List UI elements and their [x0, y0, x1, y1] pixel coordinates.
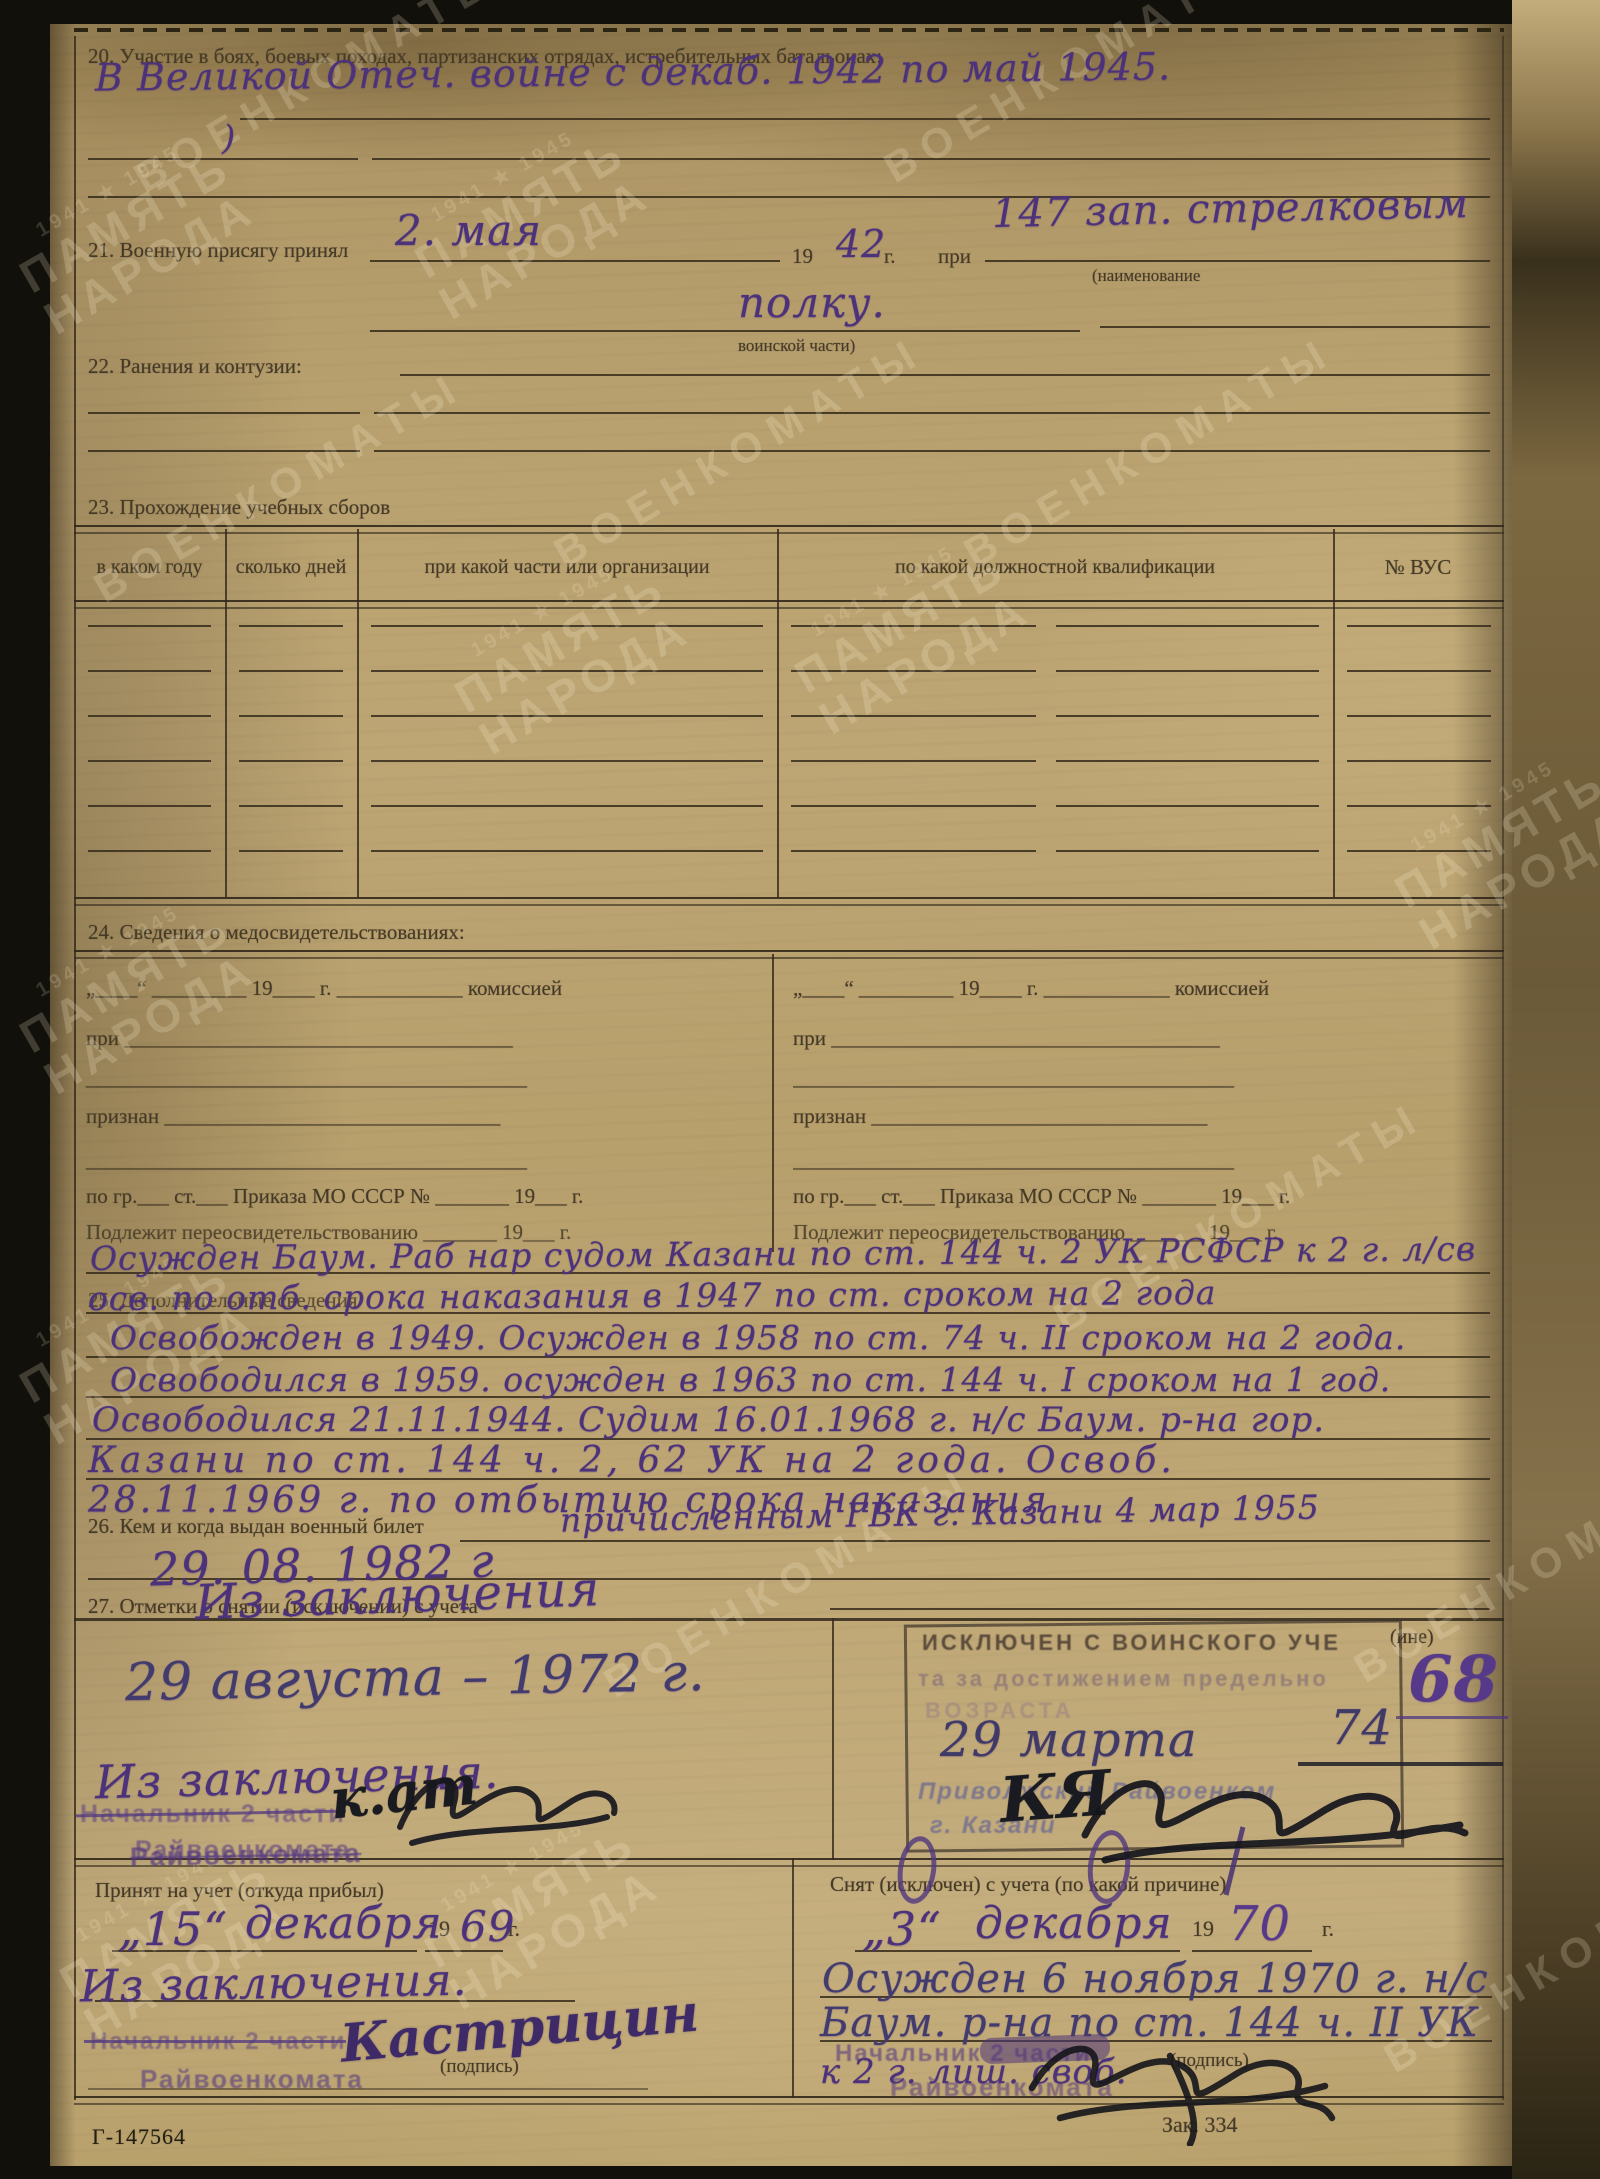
table-cell-blank-line [791, 760, 1036, 762]
blank-line [1100, 326, 1490, 328]
case-number-underline [1396, 1716, 1508, 1719]
table-header-unit: при какой части или организации [357, 538, 777, 596]
table-cell-blank-line [1056, 805, 1319, 807]
unit-name-handwriting-line2: полку. [738, 278, 886, 327]
top-perforated-edge [74, 28, 1504, 32]
blank-line [460, 1540, 1490, 1542]
table-cell-blank-line [88, 760, 211, 762]
table-cell-blank-line [239, 760, 343, 762]
section20-entry2-handwriting: ) [222, 118, 236, 158]
stamp-voenkomat-top: Райвоенкомата [130, 1838, 362, 1873]
scanned-military-card-page: ВОЕНКОМАТЫВОЕНКОМАТЫ1941 ★ 1945ПАМЯТЬНАР… [0, 0, 1600, 2179]
table-cell-blank-line [791, 715, 1036, 717]
section21-label: 21. Военную присягу принял [88, 238, 348, 263]
convictions-line4-handwriting: Освободился в 1959. осужден в 1963 по ст… [110, 1360, 1391, 1399]
convictions-line5-handwriting: Освободился 21.11.1944. Судим 16.01.1968… [92, 1400, 1325, 1440]
table-cell-blank-line [239, 805, 343, 807]
table-cell-blank-line [371, 760, 763, 762]
table-cell-blank-line [239, 715, 343, 717]
convictions-line2-handwriting: осв. по отб. срока наказания в 1947 по с… [88, 1273, 1217, 1318]
section24-divider [74, 950, 1504, 959]
year-prefix: 19 [792, 244, 813, 269]
med-left-at-row: при ____________________________________… [86, 1026, 513, 1051]
deregistered-year-suffix: г. [1322, 1916, 1334, 1942]
page-right-border [1502, 36, 1504, 2100]
med-right-blank-row: ________________________________________… [793, 1066, 1493, 1091]
med-right-blank-row2: ________________________________________… [793, 1148, 1493, 1173]
table-cell-blank-line [88, 715, 211, 717]
stamp-strike-line [84, 2040, 346, 2043]
table-cell-blank-line [1056, 715, 1319, 717]
section23-label: 23. Прохождение учебных сборов [88, 495, 390, 520]
blank-line [88, 158, 358, 160]
table-column-divider [225, 529, 227, 897]
blank-line [372, 158, 1490, 160]
deregistered-day-handwriting: „3“ [862, 1902, 942, 1956]
table-cell-blank-line [88, 805, 211, 807]
form-code: Г-147564 [92, 2124, 186, 2150]
removal-right-signature-flourish [1075, 1755, 1475, 1890]
table-cell-blank-line [239, 850, 343, 852]
med-right-order-row: по гр.___ ст.___ Приказа МО СССР № _____… [793, 1184, 1493, 1209]
removal-right-year-handwriting: 74 [1330, 1700, 1393, 1756]
blank-line [830, 1608, 1490, 1610]
stamp-voenkomat-line: Райвоенкомата [140, 2064, 364, 2095]
removal-left-signature-flourish [392, 1755, 622, 1860]
blank-line [374, 412, 1490, 414]
table-header-border [74, 600, 1504, 609]
table-cell-blank-line [1347, 805, 1491, 807]
convictions-line6-handwriting: Казани по ст. 144 ч. 2, 62 УК на 2 года.… [88, 1440, 1176, 1481]
table-header-vus: № ВУС [1333, 538, 1503, 596]
med-right-date-row: „____“ _________ 19____ г. ____________ … [793, 976, 1493, 1001]
caption-military-unit: воинской части) [738, 336, 855, 356]
table-cell-blank-line [1347, 625, 1491, 627]
med-left-date-row: „____“ _________ 19____ г. ____________ … [86, 976, 562, 1001]
med-left-order-row: по гр.___ ст.___ Приказа МО СССР № _____… [86, 1184, 583, 1209]
table-header-year: в каком году [74, 538, 225, 596]
table-cell-blank-line [371, 805, 763, 807]
table-cell-blank-line [791, 670, 1036, 672]
medical-column-divider [772, 954, 774, 1252]
oath-year-handwriting: 42 [836, 222, 886, 266]
at-label: при [938, 244, 971, 269]
deregistered-month-handwriting: декабря [975, 1898, 1173, 1949]
table-cell-blank-line [791, 805, 1036, 807]
table-cell-blank-line [371, 850, 763, 852]
table-cell-blank-line [1347, 715, 1491, 717]
table-cell-blank-line [1056, 760, 1319, 762]
exclusion-stamp-line1: ИСКЛЮЧЕН С ВОИНСКОГО УЧЕ [922, 1630, 1341, 1656]
removal-date-handwriting: 29 августа – 1972 г. [125, 1643, 707, 1713]
page-curl-edge [1512, 0, 1600, 2179]
deregistered-reason1-handwriting: Осужден 6 ноября 1970 г. н/с [822, 1956, 1489, 2002]
table-cell-blank-line [371, 715, 763, 717]
exclusion-stamp-line2: та за достижением предельно [918, 1666, 1329, 1692]
table-cell-blank-line [239, 625, 343, 627]
table-cell-blank-line [1347, 670, 1491, 672]
section22-label: 22. Ранения и контузии: [88, 354, 302, 379]
deregistered-signature-flourish [1020, 2026, 1340, 2146]
table-cell-blank-line [88, 625, 211, 627]
table-cell-blank-line [1056, 625, 1319, 627]
table-column-divider [1333, 529, 1335, 897]
table-cell-blank-line [88, 670, 211, 672]
oath-date-handwriting: 2. мая [395, 206, 542, 255]
page-left-border [74, 36, 76, 2100]
deregistered-year-handwriting: 70 [1228, 1896, 1291, 1952]
blank-line [400, 374, 1490, 376]
blank-line [88, 412, 360, 414]
table-cell-blank-line [791, 625, 1036, 627]
med-left-blank-row2: ________________________________________… [86, 1148, 527, 1173]
blank-line [88, 2088, 648, 2090]
case-number-handwriting: 68 [1408, 1642, 1499, 1717]
med-left-recognized-row: признан ________________________________ [86, 1104, 500, 1129]
table-cell-blank-line [1056, 670, 1319, 672]
blank-line [370, 260, 780, 262]
registration-row-divider [792, 1858, 794, 2098]
removal-row-divider [832, 1618, 834, 1860]
blank-line [88, 450, 360, 452]
table-cell-blank-line [371, 625, 763, 627]
med-left-blank-row: ________________________________________… [86, 1066, 527, 1091]
blank-line [240, 118, 1490, 120]
table-cell-blank-line [88, 850, 211, 852]
table-header-days: сколько дней [225, 538, 357, 596]
section24-label: 24. Сведения о медосвидетельствованиях: [88, 920, 465, 945]
med-right-recognized-row: признан ________________________________ [793, 1104, 1493, 1129]
table-column-divider [777, 529, 779, 897]
table-cell-blank-line [1347, 760, 1491, 762]
blank-line [370, 330, 1080, 332]
table-cell-blank-line [371, 670, 763, 672]
caption-unit-name: (наименование [1092, 266, 1200, 286]
med-right-at-row: при ____________________________________… [793, 1026, 1493, 1051]
registered-reason-handwriting: Из заключения. [80, 1955, 468, 2013]
table-bottom-border [74, 897, 1504, 906]
table-column-divider [357, 529, 359, 897]
registered-day-handwriting: „15“ [118, 1902, 228, 1956]
table-cell-blank-line [1347, 850, 1491, 852]
table-cell-blank-line [791, 850, 1036, 852]
table-top-border [74, 525, 1504, 534]
table-header-qualification: по какой должностной квалификации [777, 538, 1333, 596]
table-cell-blank-line [1056, 850, 1319, 852]
deregistered-year-prefix: 19 [1192, 1916, 1214, 1942]
table-cell-blank-line [239, 670, 343, 672]
registered-year-handwriting: 69 [460, 1902, 515, 1951]
convictions-line3-handwriting: Освобожден в 1949. Осужден в 1958 по ст.… [110, 1318, 1406, 1357]
blank-line [374, 450, 1490, 452]
registered-month-handwriting: декабря [245, 1898, 443, 1949]
blank-line [985, 260, 1490, 262]
